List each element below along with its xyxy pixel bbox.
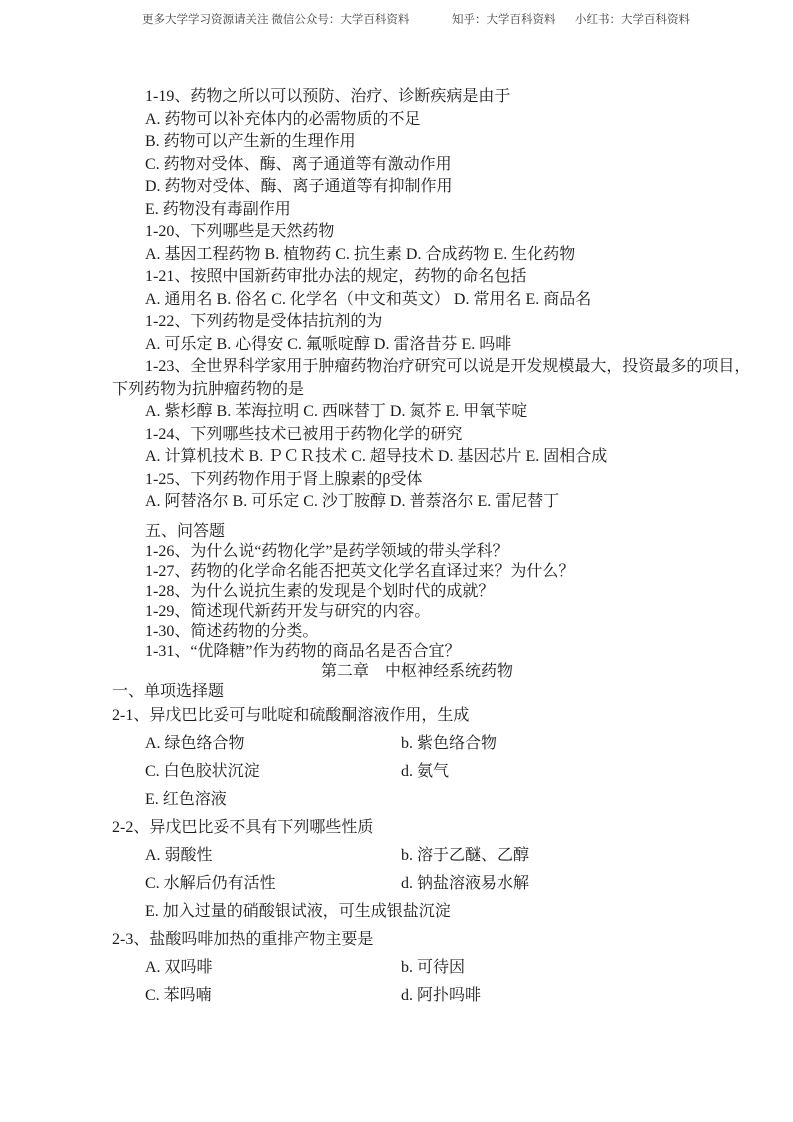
- option-2-1-a: A. 绿色络合物: [145, 730, 397, 758]
- question-1-21: 1-21、按照中国新药审批办法的规定，药物的命名包括: [112, 266, 722, 289]
- question-1-24: 1-24、下列哪些技术已被用于药物化学的研究: [112, 424, 722, 447]
- header-xiaohongshu-note: 小红书：大学百科资料: [575, 11, 690, 27]
- option-2-3-d: d. 阿扑吗啡: [401, 987, 481, 1004]
- question-1-22: 1-22、下列药物是受体拮抗剂的为: [112, 311, 722, 334]
- essay-section-title: 五、问答题: [112, 522, 722, 542]
- question-1-29: 1-29、简述现代新药开发与研究的内容。: [112, 602, 722, 622]
- option-1-19-e: E. 药物没有毒副作用: [112, 199, 722, 222]
- question-1-19: 1-19、药物之所以可以预防、治疗、诊断疾病是由于: [112, 86, 722, 109]
- option-row: C. 白色胶状沉淀 d. 氨气: [112, 758, 722, 786]
- option-2-2-c: C. 水解后仍有活性: [145, 870, 397, 898]
- option-2-2-b: b. 溶于乙醚、乙醇: [401, 847, 529, 864]
- options-1-24: A. 计算机技术 B. ＰＣＲ技术 C. 超导技术 D. 基因芯片 E. 固相合…: [112, 446, 722, 469]
- question-1-23: 1-23、全世界科学家用于肿瘤药物治疗研究可以说是开发规模最大，投资最多的项目，: [112, 356, 722, 379]
- option-2-2-d: d. 钠盐溶液易水解: [401, 875, 529, 892]
- option-row: C. 苯吗喃 d. 阿扑吗啡: [112, 982, 722, 1010]
- options-1-20: A. 基因工程药物 B. 植物药 C. 抗生素 D. 合成药物 E. 生化药物: [112, 244, 722, 267]
- option-2-3-a: A. 双吗啡: [145, 954, 397, 982]
- option-2-1-e: E. 红色溶液: [145, 791, 227, 808]
- question-2-1: 2-1、异戊巴比妥可与吡啶和硫酸酮溶液作用，生成: [112, 702, 722, 730]
- option-2-2-e: E. 加入过量的硝酸银试液，可生成银盐沉淀: [145, 903, 451, 920]
- header-wechat-note: 更多大学学习资源请关注 微信公众号：大学百科资料: [142, 11, 409, 27]
- option-row: A. 双吗啡 b. 可待因: [112, 954, 722, 982]
- option-1-19-a: A. 药物可以补充体内的必需物质的不足: [112, 109, 722, 132]
- option-row: E. 红色溶液: [112, 786, 722, 814]
- question-1-26: 1-26、为什么说“药物化学”是药学领域的带头学科？: [112, 542, 722, 562]
- question-1-30: 1-30、简述药物的分类。: [112, 622, 722, 642]
- question-1-20: 1-20、下列哪些是天然药物: [112, 221, 722, 244]
- option-1-19-d: D. 药物对受体、酶、离子通道等有抑制作用: [112, 176, 722, 199]
- option-row: A. 弱酸性 b. 溶于乙醚、乙醇: [112, 842, 722, 870]
- document-body: 1-19、药物之所以可以预防、治疗、诊断疾病是由于 A. 药物可以补充体内的必需…: [112, 86, 722, 1010]
- question-2-2: 2-2、异戊巴比妥不具有下列哪些性质: [112, 814, 722, 842]
- options-1-22: A. 可乐定 B. 心得安 C. 氟哌啶醇 D. 雷洛昔芬 E. 吗啡: [112, 334, 722, 357]
- option-2-3-b: b. 可待因: [401, 959, 465, 976]
- options-1-25: A. 阿替洛尔 B. 可乐定 C. 沙丁胺醇 D. 普萘洛尔 E. 雷尼替丁: [112, 491, 722, 514]
- blank-spacer: [112, 514, 722, 522]
- document-page: 更多大学学习资源请关注 微信公众号：大学百科资料 知乎：大学百科资料 小红书：大…: [0, 0, 793, 1122]
- option-2-3-c: C. 苯吗喃: [145, 982, 397, 1010]
- header-zhihu-note: 知乎：大学百科资料: [452, 11, 556, 27]
- question-1-27: 1-27、药物的化学命名能否把英文化学名直译过来？为什么？: [112, 562, 722, 582]
- question-1-31: 1-31、“优降糖”作为药物的商品名是否合宜？: [112, 642, 722, 662]
- question-1-25: 1-25、下列药物作用于肾上腺素的β受体: [112, 469, 722, 492]
- option-row: E. 加入过量的硝酸银试液，可生成银盐沉淀: [112, 898, 722, 926]
- chapter2-section-title: 一、单项选择题: [112, 682, 722, 702]
- option-1-19-c: C. 药物对受体、酶、离子通道等有激动作用: [112, 154, 722, 177]
- question-2-3: 2-3、盐酸吗啡加热的重排产物主要是: [112, 926, 722, 954]
- options-1-23: A. 紫杉醇 B. 苯海拉明 C. 西咪替丁 D. 氮芥 E. 甲氧苄啶: [112, 401, 722, 424]
- chapter2-title: 第二章 中枢神经系统药物: [112, 662, 722, 682]
- option-2-1-d: d. 氨气: [401, 763, 449, 780]
- options-1-21: A. 通用名 B. 俗名 C. 化学名（中文和英文） D. 常用名 E. 商品名: [112, 289, 722, 312]
- option-1-19-b: B. 药物可以产生新的生理作用: [112, 131, 722, 154]
- question-1-23-wrap: 下列药物为抗肿瘤药物的是: [112, 379, 722, 402]
- option-2-2-a: A. 弱酸性: [145, 842, 397, 870]
- option-row: C. 水解后仍有活性 d. 钠盐溶液易水解: [112, 870, 722, 898]
- option-row: A. 绿色络合物 b. 紫色络合物: [112, 730, 722, 758]
- option-2-1-b: b. 紫色络合物: [401, 735, 497, 752]
- option-2-1-c: C. 白色胶状沉淀: [145, 758, 397, 786]
- question-1-28: 1-28、为什么说抗生素的发现是个划时代的成就？: [112, 582, 722, 602]
